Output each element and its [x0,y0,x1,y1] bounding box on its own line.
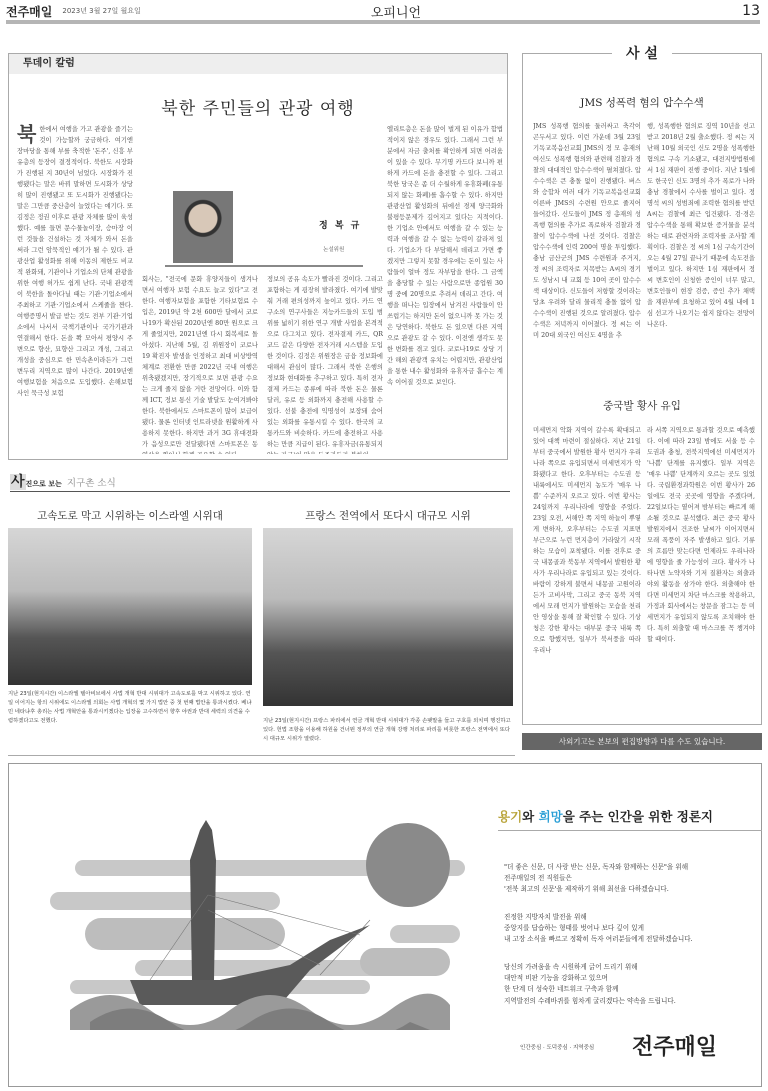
ad-logo: 전주매일 [632,1030,717,1061]
author-role: 논설위원 [323,245,344,253]
editorial-box: 사 설 JMS 성폭력 혐의 압수수색 JMS 성폭행 혐의를 둘러싸고 축각이… [522,53,762,725]
ad-slogan: 용기와 희망을 주는 인간을 위한 정론지 [498,807,713,825]
photo-caption-2: 지난 23일(현지시간) 프랑스 파리에서 연금 개혁 반대 시위대가 각종 손… [263,717,513,744]
editorial-title-1: JMS 성폭력 혐의 압수수색 [523,95,761,110]
editorial-1-text-2: 행, 성폭행한 혐의로 징역 10년을 선고받고 2018년 2월 출소했다. … [647,121,755,411]
column-title: 북한 주민들의 관광 여행 [9,94,507,119]
photo-news-header: 사진으로 보는 지구촌 소식 [10,471,116,491]
masthead-rule [6,20,760,24]
photo-news-title-1: 고속도로 막고 시위하는 이스라엘 시위대 [10,508,250,523]
issue-date: 2023년 3월 27일 월요일 [62,6,140,16]
photo-news-bottom-rule [8,755,515,756]
page-number: 13 [742,3,760,19]
author-divider [165,265,363,267]
column-text-2: 회사는, "전국에 문화 휴양지들이 생겨나면서 여행자 보험 수요도 늘고 있… [142,274,258,454]
column-text-3: 정보의 공유 속도가 빨라진 것이다. 그리고 포함하는 게 굉장히 발라졌다.… [267,274,383,454]
photo-france-protest [263,528,513,706]
ad-paragraph-3: 당신의 가려움을 속 시원하게 긁어 드리기 위해 대안적 비판 기능을 강화하… [504,962,676,1007]
today-column-header: 투데이 칼럼 [9,54,507,74]
photo-caption-1: 지난 23일(현지시간) 이스라엘 텔아비브에서 사법 개혁 반대 시위대가 고… [8,690,252,726]
author-photo [173,191,233,263]
author-name: 정 복 규 [319,218,361,231]
ad-tagline: 인간중심 · 도덕중심 · 지역중심 [520,1043,594,1051]
photo-news-title-2: 프랑스 전역에서 또다시 대규모 시위 [268,508,508,523]
ad-paragraph-2: 진정한 지방자치 발전을 위해 중앙지를 답습하는 형태를 벗어나 보다 깊이 … [504,912,693,946]
photo-israel-protest [8,528,252,685]
column-text-1: 북한에서 여행을 가고 관광을 즐기는 것이 가능할까 궁금하다. 여기엔 장마… [17,124,133,454]
section-title: 오피니언 [246,2,546,21]
today-column: 투데이 칼럼 북한 주민들의 관광 여행 정 복 규 논설위원 북한에서 여행을… [8,53,508,460]
column-text-4: 엘리트층은 돈을 많이 벌게 된 이유가 합법적이지 않은 경우도 있다. 그래… [387,124,503,454]
ad-paragraph-1: "더 좋은 신문, 더 사랑 받는 신문, 독자와 함께하는 신문"을 위해 전… [504,862,688,896]
masthead: 전주매일 2023년 3월 27일 월요일 오피니언 13 [6,0,762,22]
photo-news-rule [10,491,510,492]
brand-name: 전주매일 [6,3,52,20]
editorial-1-text-1: JMS 성폭행 혐의를 둘러싸고 축각이 곤두서고 있다. 이런 가운데 3월 … [533,121,641,411]
editorial-label: 사 설 [523,43,761,63]
editorial-2-text-1: 미세먼지 악화 지역이 갈수록 확대되고 있어 대책 마련이 절실하다. 지난 … [533,425,641,720]
editorial-title-2: 중국발 황사 유입 [523,398,761,413]
drop-cap: 북 [17,124,36,144]
editorial-2-text-2: 라 서쪽 지역으로 통과할 것으로 예측했다. 이에 따라 23일 밤에도 서울… [647,425,755,720]
ship-illustration-icon [30,800,470,1030]
ad-divider [498,830,762,831]
disclaimer-banner: 사외기고는 본보의 편집방향과 다를 수도 있습니다. [522,733,762,750]
